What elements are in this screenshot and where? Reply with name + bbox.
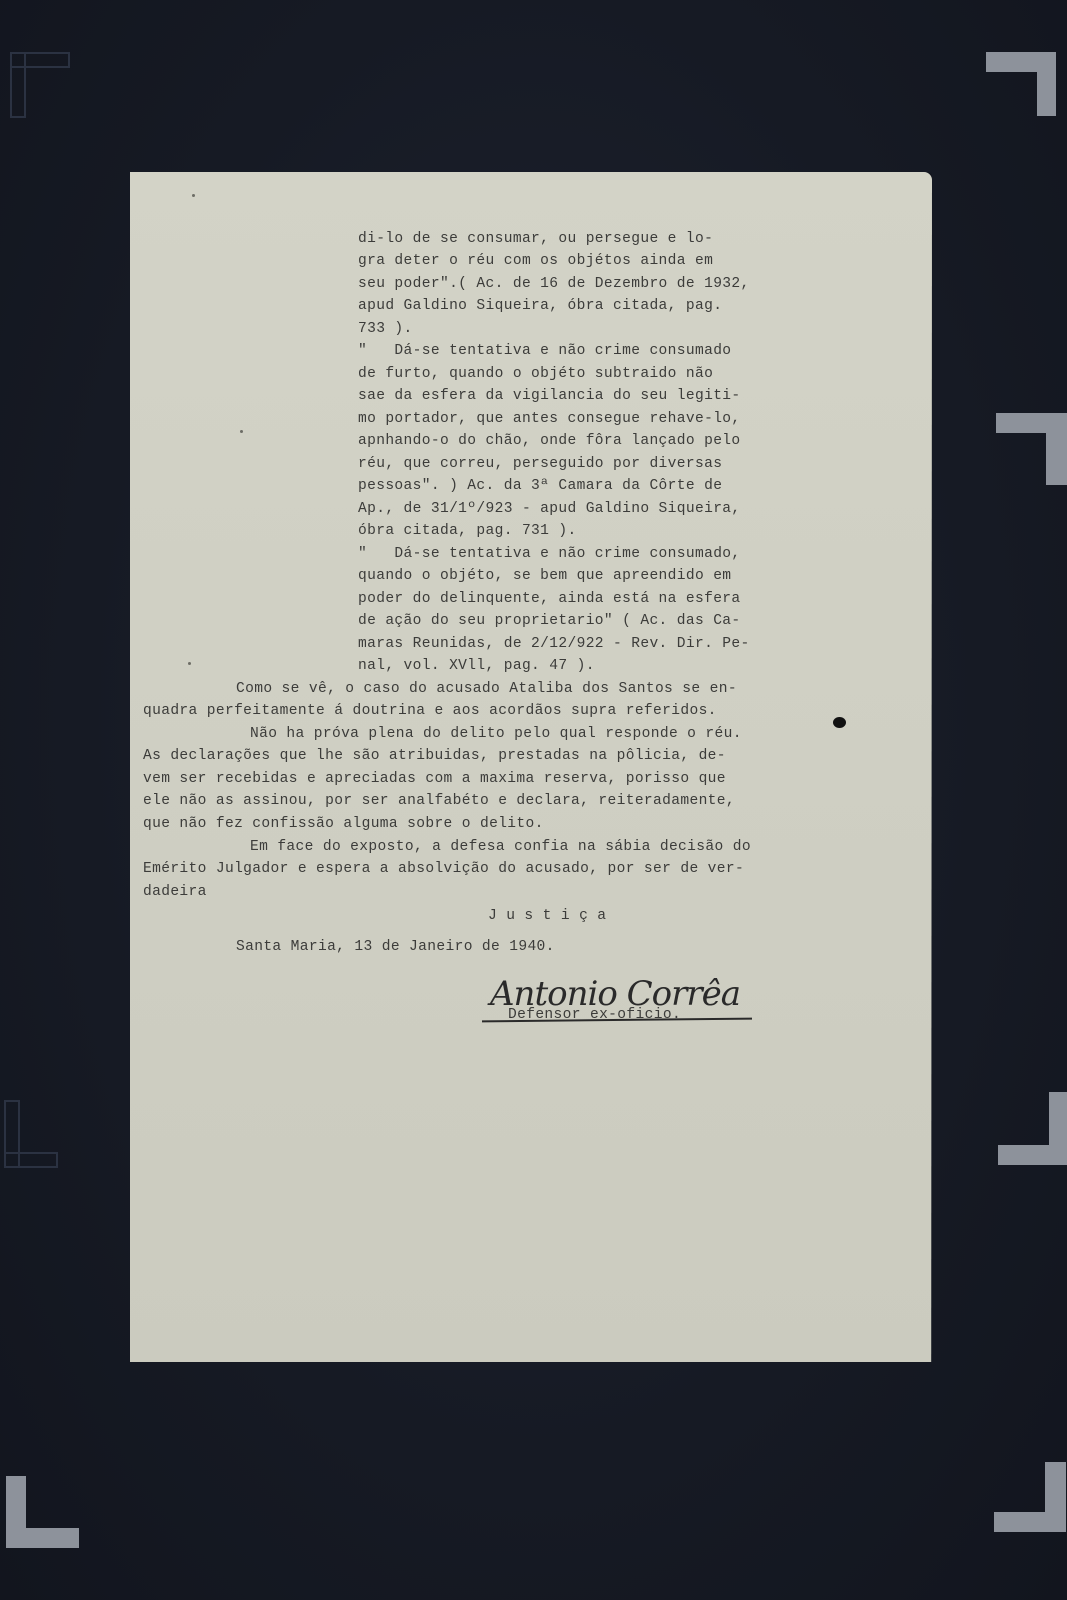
quote-line: " Dá-se tentativa e não crime consumado, bbox=[358, 547, 741, 562]
quote-line: apnhando-o do chão, onde fôra lançado pe… bbox=[358, 434, 741, 449]
ink-blot bbox=[833, 717, 846, 728]
body-line: Em face do exposto, a defesa confia na s… bbox=[250, 840, 751, 855]
paper-speck bbox=[240, 430, 243, 433]
quote-line: de furto, quando o objéto subtraido não bbox=[358, 367, 713, 382]
body-line: que não fez confissão alguma sobre o del… bbox=[143, 817, 544, 832]
typed-document-page: di-lo de se consumar, ou persegue e lo- … bbox=[130, 172, 932, 1362]
quote-line: 733 ). bbox=[358, 322, 413, 337]
place-and-date: Santa Maria, 13 de Janeiro de 1940. bbox=[236, 940, 555, 955]
quote-line: óbra citada, pag. 731 ). bbox=[358, 524, 577, 539]
body-line: Emérito Julgador e espera a absolvição d… bbox=[143, 862, 744, 877]
quote-line: Ap., de 31/1º/923 - apud Galdino Siqueir… bbox=[358, 502, 741, 517]
quote-line: sae da esfera da vigilancia do seu legit… bbox=[358, 389, 741, 404]
quote-line: gra deter o réu com os objétos ainda em bbox=[358, 254, 713, 269]
quote-line: maras Reunidas, de 2/12/922 - Rev. Dir. … bbox=[358, 637, 750, 652]
quote-line: nal, vol. XVll, pag. 47 ). bbox=[358, 659, 595, 674]
paper-speck bbox=[192, 194, 195, 197]
quote-line: de ação do seu proprietario" ( Ac. das C… bbox=[358, 614, 741, 629]
body-line: vem ser recebidas e apreciadas com a max… bbox=[143, 772, 726, 787]
body-line: As declarações que lhe são atribuidas, p… bbox=[143, 749, 726, 764]
quote-line: apud Galdino Siqueira, óbra citada, pag. bbox=[358, 299, 722, 314]
quote-line: réu, que correu, perseguido por diversas bbox=[358, 457, 722, 472]
quote-line: quando o objéto, se bem que apreendido e… bbox=[358, 569, 731, 584]
quote-line: mo portador, que antes consegue rehave-l… bbox=[358, 412, 741, 427]
quote-line: " Dá-se tentativa e não crime consumado bbox=[358, 344, 731, 359]
body-line: dadeira bbox=[143, 885, 207, 900]
paper-speck bbox=[188, 662, 191, 665]
closing-word: J u s t i ç a bbox=[488, 909, 606, 924]
signer-title: Defensor ex-oficio. bbox=[508, 1008, 681, 1023]
body-line: Não ha próva plena do delito pelo qual r… bbox=[250, 727, 742, 742]
body-line: Como se vê, o caso do acusado Ataliba do… bbox=[236, 682, 737, 697]
quote-line: pessoas". ) Ac. da 3ª Camara da Côrte de bbox=[358, 479, 722, 494]
quote-line: di-lo de se consumar, ou persegue e lo- bbox=[358, 232, 713, 247]
quote-line: poder do delinquente, ainda está na esfe… bbox=[358, 592, 741, 607]
body-line: quadra perfeitamente á doutrina e aos ac… bbox=[143, 704, 717, 719]
quote-line: seu poder".( Ac. de 16 de Dezembro de 19… bbox=[358, 277, 750, 292]
body-line: ele não as assinou, por ser analfabéto e… bbox=[143, 794, 735, 809]
handwritten-signature: Antonio Corrêa bbox=[482, 972, 772, 1032]
